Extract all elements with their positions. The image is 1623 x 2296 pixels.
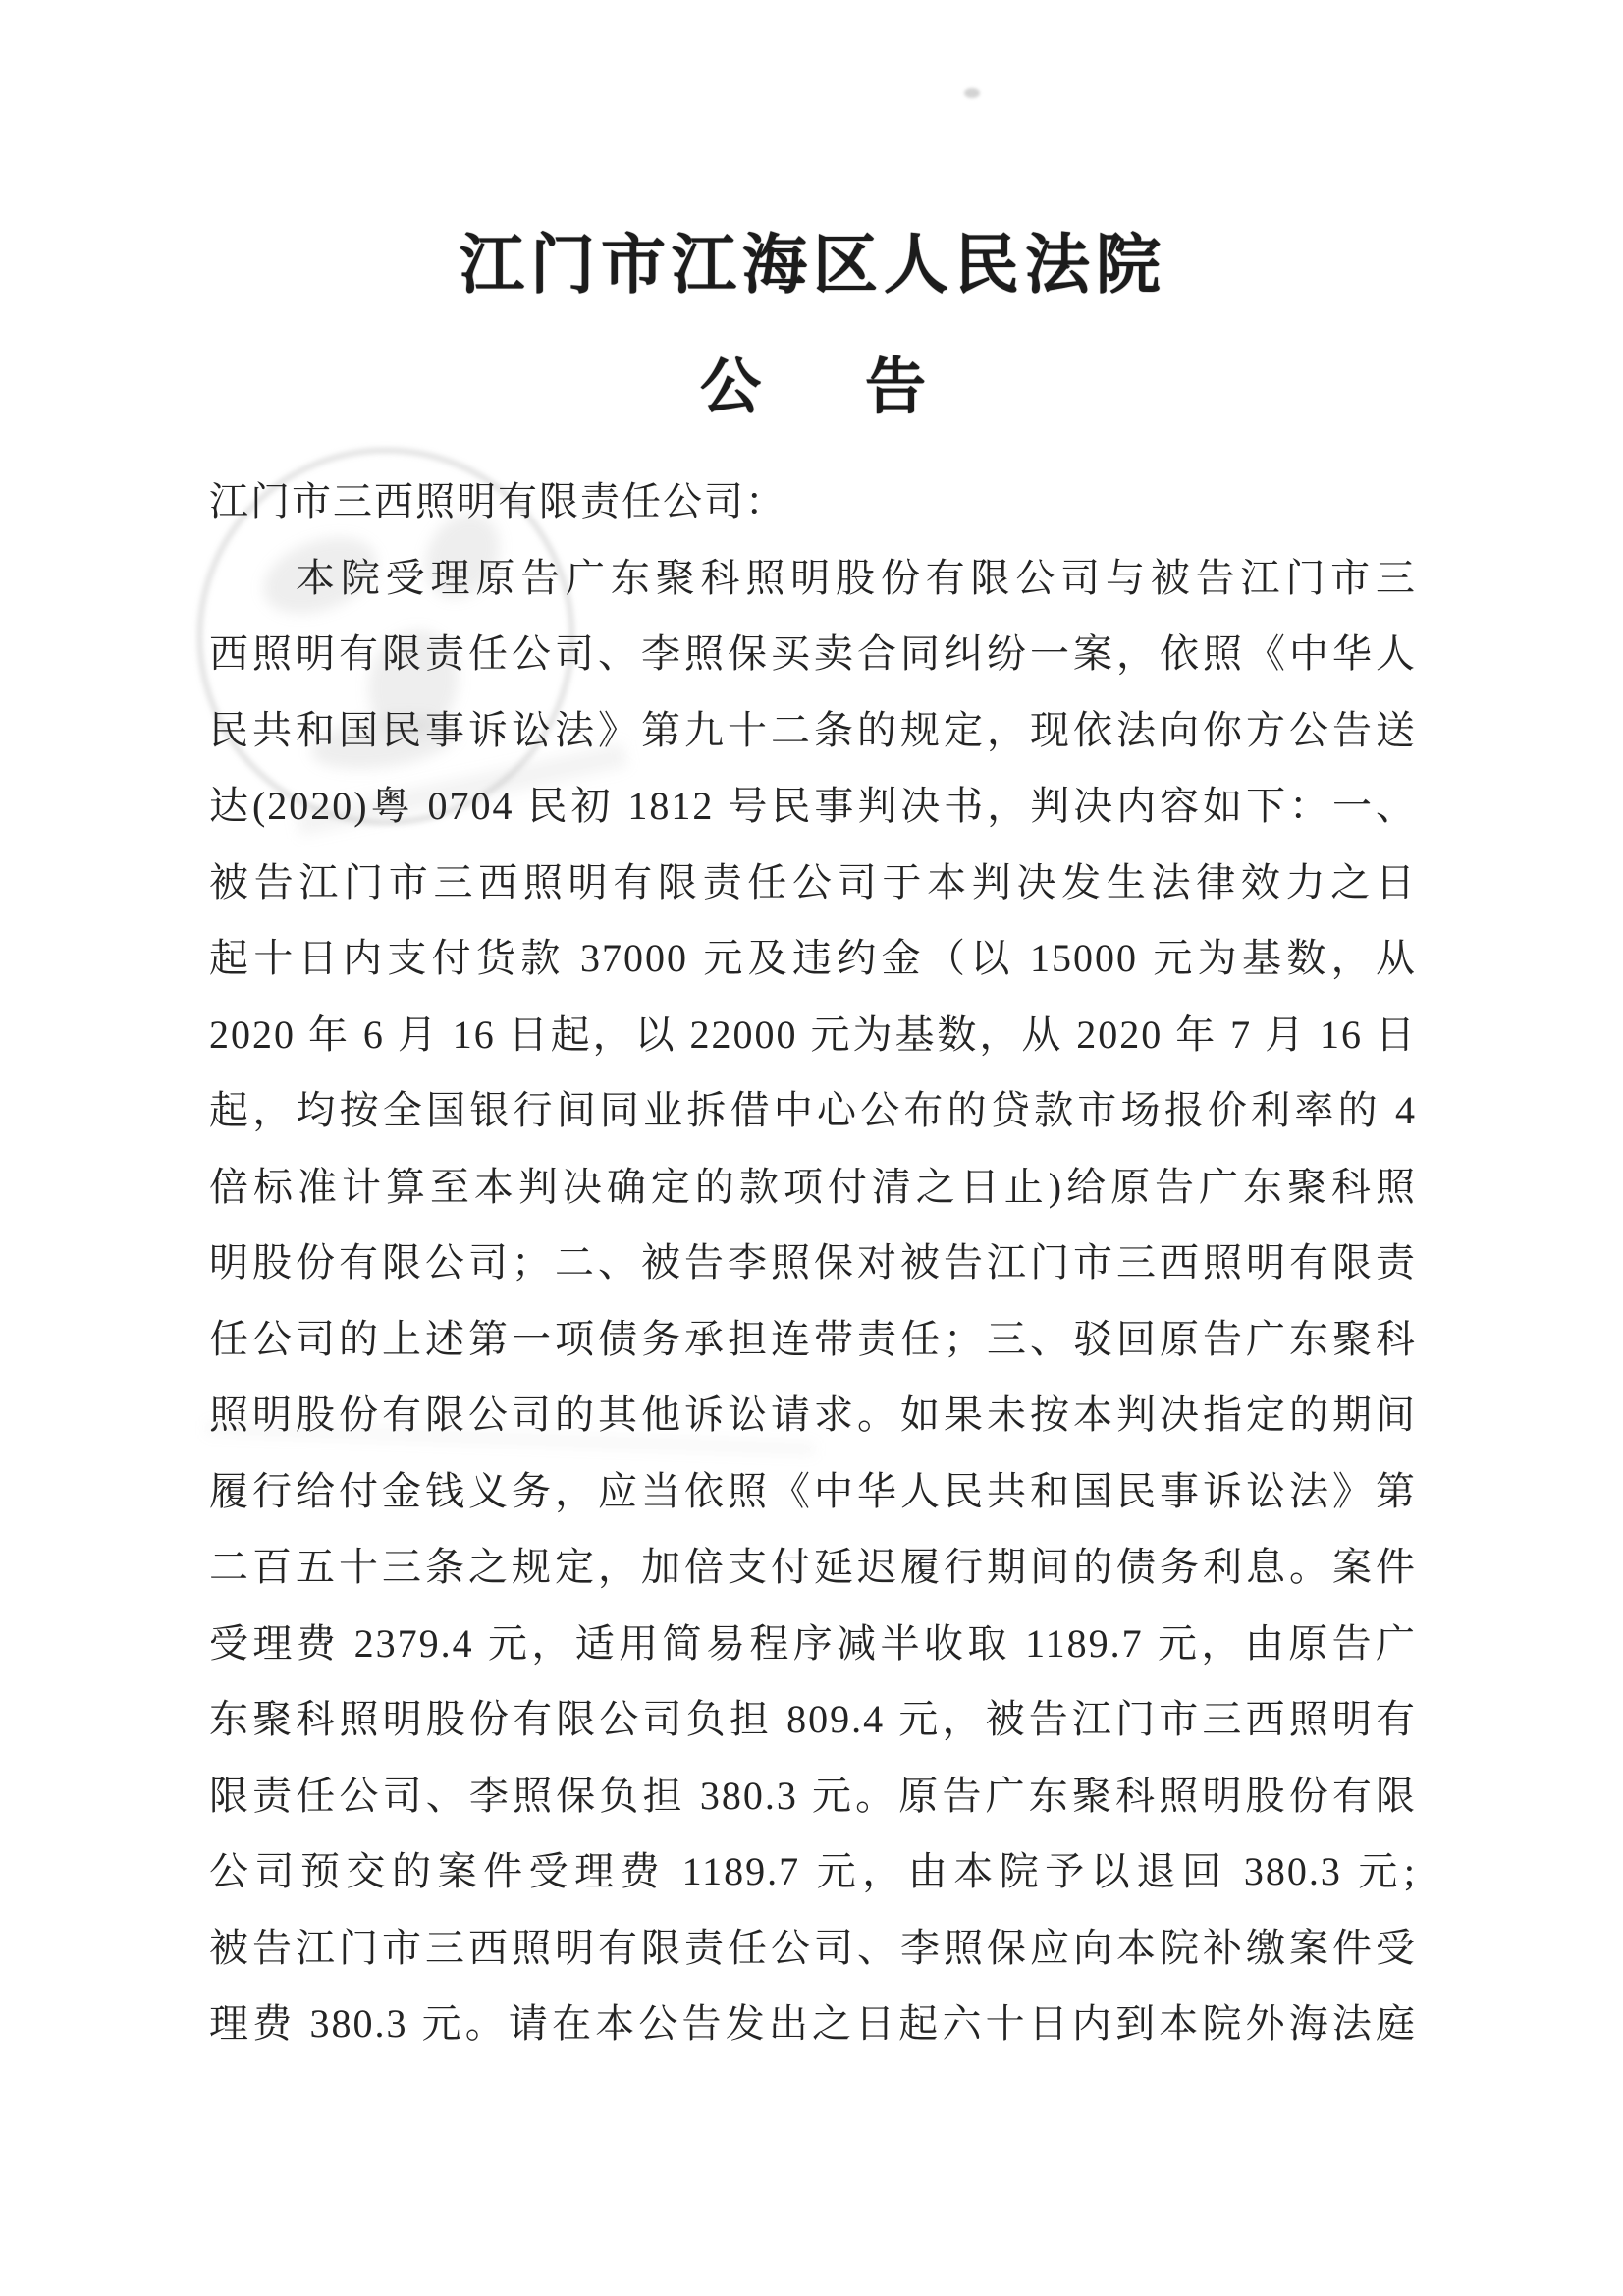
document-line: 任公司的上述第一项债务承担连带责任；三、驳回原告广东聚科 xyxy=(209,1301,1417,1378)
document-line: 限责任公司、李照保负担 380.3 元。原告广东聚科照明股份有限 xyxy=(209,1758,1417,1834)
document-line: 2020 年 6 月 16 日起，以 22000 元为基数，从 2020 年 7… xyxy=(209,997,1417,1073)
document-line: 本院受理原告广东聚科照明股份有限公司与被告江门市三 xyxy=(209,540,1417,617)
notice-body: 江门市三西照明有限责任公司： 本院受理原告广东聚科照明股份有限公司与被告江门市三… xyxy=(209,464,1417,2062)
document-line: 倍标准计算至本判决确定的款项付清之日止)给原告广东聚科照 xyxy=(209,1149,1417,1226)
document-line: 被告江门市三西照明有限责任公司、李照保应向本院补缴案件受 xyxy=(209,1910,1417,1987)
notice-heading: 公 告 xyxy=(209,338,1417,425)
document-line: 起，均按全国银行间同业拆借中心公布的贷款市场报价利率的 4 xyxy=(209,1072,1417,1149)
document-line: 起十日内支付货款 37000 元及违约金（以 15000 元为基数，从 xyxy=(209,920,1417,997)
document-line: 被告江门市三西照明有限责任公司于本判决发生法律效力之日 xyxy=(209,845,1417,921)
document-line: 西照明有限责任公司、李照保买卖合同纠纷一案，依照《中华人 xyxy=(209,616,1417,692)
document-line: 公司预交的案件受理费 1189.7 元，由本院予以退回 380.3 元; xyxy=(209,1833,1417,1910)
document-line: 民共和国民事诉讼法》第九十二条的规定，现依法向你方公告送 xyxy=(209,692,1417,769)
document-line: 理费 380.3 元。请在本公告发出之日起六十日内到本院外海法庭 xyxy=(209,1986,1417,2062)
recipient-line: 江门市三西照明有限责任公司： xyxy=(209,464,1417,540)
document-line: 履行给付金钱义务，应当依照《中华人民共和国民事诉讼法》第 xyxy=(209,1453,1417,1530)
document-line: 照明股份有限公司的其他诉讼请求。如果未按本判决指定的期间 xyxy=(209,1377,1417,1453)
court-name-heading: 江门市江海区人民法院 xyxy=(209,212,1417,305)
document-line: 东聚科照明股份有限公司负担 809.4 元，被告江门市三西照明有 xyxy=(209,1681,1417,1758)
document-page: 江门市江海区人民法院 公 告 江门市三西照明有限责任公司： 本院受理原告广东聚科… xyxy=(0,0,1623,2296)
document-line: 明股份有限公司；二、被告李照保对被告江门市三西照明有限责 xyxy=(209,1225,1417,1301)
document-line: 二百五十三条之规定，加倍支付延迟履行期间的债务利息。案件 xyxy=(209,1529,1417,1606)
document-line: 达(2020)粤 0704 民初 1812 号民事判决书，判决内容如下：一、 xyxy=(209,768,1417,845)
document-line: 受理费 2379.4 元，适用简易程序减半收取 1189.7 元，由原告广 xyxy=(209,1606,1417,1682)
scan-speck xyxy=(964,88,980,98)
